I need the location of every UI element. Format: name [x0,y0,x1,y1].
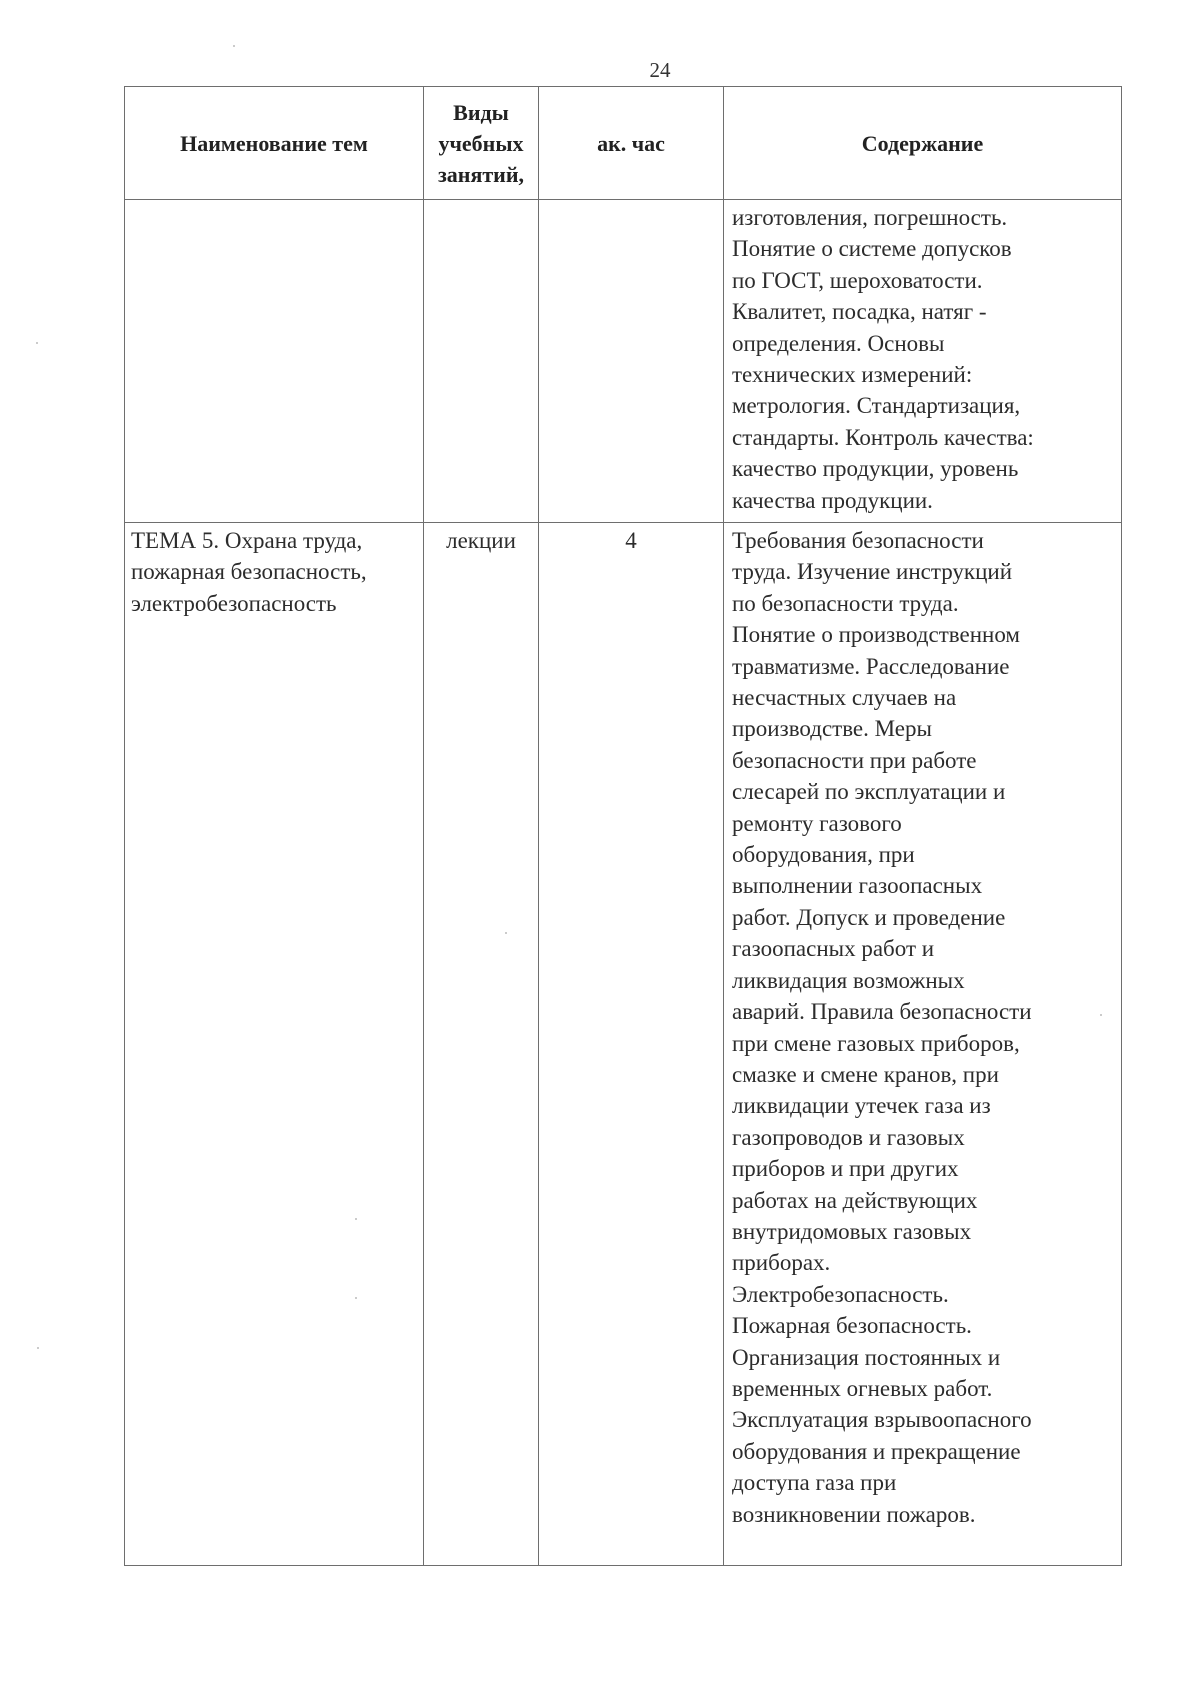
text-line: Электробезопасность. [732,1279,1117,1310]
text-line: газоопасных работ и [732,933,1117,964]
text-line: травматизме. Расследование [732,651,1117,682]
topic-text: ТЕМА 5. Охрана труда,пожарная безопаснос… [125,523,423,619]
scan-speck [36,342,38,344]
text-line: Квалитет, посадка, натяг - [732,296,1117,327]
scan-speck [355,1297,357,1299]
scan-speck [355,1218,357,1220]
text-line: выполнении газоопасных [732,870,1117,901]
header-word: занятий, [424,159,538,190]
text-line: при смене газовых приборов, [732,1028,1117,1059]
header-word: Виды [424,97,538,128]
text-line: приборах. [732,1247,1117,1278]
text-line: Организация постоянных и [732,1342,1117,1373]
text-line: Эксплуатация взрывоопасного [732,1404,1117,1435]
cell-content: изготовления, погрешность.Понятие о сист… [724,200,1122,523]
text-line: доступа газа при [732,1467,1117,1498]
lesson-kind-text: лекции [424,523,538,556]
content-text: изготовления, погрешность.Понятие о сист… [724,200,1121,516]
text-line: смазке и смене кранов, при [732,1059,1117,1090]
text-line: возникновении пожаров. [732,1499,1117,1530]
text-line: Пожарная безопасность. [732,1310,1117,1341]
text-line: электробезопасность [131,588,417,619]
text-line: газопроводов и газовых [732,1122,1117,1153]
header-lesson-kind-text: Видыучебныхзанятий, [424,97,538,190]
scan-speck [1100,1014,1102,1016]
text-line: определения. Основы [732,328,1117,359]
text-line: метрология. Стандартизация, [732,390,1117,421]
cell-content: Требования безопасноститруда. Изучение и… [724,523,1122,1566]
header-content: Содержание [724,87,1122,200]
table-row: изготовления, погрешность.Понятие о сист… [125,200,1122,523]
text-line: ликвидация возможных [732,965,1117,996]
text-line: ТЕМА 5. Охрана труда, [131,525,417,556]
text-line: приборов и при других [732,1153,1117,1184]
text-line: по безопасности труда. [732,588,1117,619]
text-line: труда. Изучение инструкций [732,556,1117,587]
table-row: ТЕМА 5. Охрана труда,пожарная безопаснос… [125,523,1122,1566]
scan-speck [233,45,235,47]
scan-speck [505,932,507,934]
text-line: работах на действующих [732,1185,1117,1216]
table-header-row: Наименование тем Видыучебныхзанятий, ак.… [125,87,1122,200]
header-hours: ак. час [539,87,724,200]
text-line: качества продукции. [732,485,1117,516]
hours-text: 4 [539,523,723,556]
text-line: ремонту газового [732,808,1117,839]
cell-hours: 4 [539,523,724,1566]
text-line: слесарей по эксплуатации и [732,776,1117,807]
cell-topic [125,200,424,523]
text-line: несчастных случаев на [732,682,1117,713]
cell-lesson-kind [424,200,539,523]
text-line: производстве. Меры [732,713,1117,744]
cell-hours [539,200,724,523]
text-line: качество продукции, уровень [732,453,1117,484]
text-line: безопасности при работе [732,745,1117,776]
text-line: пожарная безопасность, [131,556,417,587]
lesson-kind-text [424,200,538,202]
text-line: стандарты. Контроль качества: [732,422,1117,453]
topic-text [125,200,423,202]
text-line: технических измерений: [732,359,1117,390]
text-line: ликвидации утечек газа из [732,1090,1117,1121]
hours-text [539,200,723,202]
text-line: изготовления, погрешность. [732,202,1117,233]
text-line: аварий. Правила безопасности [732,996,1117,1027]
text-line: работ. Допуск и проведение [732,902,1117,933]
curriculum-table: Наименование тем Видыучебныхзанятий, ак.… [124,86,1122,1566]
cell-topic: ТЕМА 5. Охрана труда,пожарная безопаснос… [125,523,424,1566]
header-lesson-kind: Видыучебныхзанятий, [424,87,539,200]
text-line: Понятие о системе допусков [732,233,1117,264]
text-line: по ГОСТ, шероховатости. [732,265,1117,296]
text-line: внутридомовых газовых [732,1216,1117,1247]
header-word: учебных [424,128,538,159]
text-line: временных огневых работ. [732,1373,1117,1404]
cell-lesson-kind: лекции [424,523,539,1566]
text-line: Требования безопасности [732,525,1117,556]
text-line: Понятие о производственном [732,619,1117,650]
header-topic-name: Наименование тем [125,87,424,200]
content-text: Требования безопасноститруда. Изучение и… [724,523,1121,1530]
text-line: оборудования, при [732,839,1117,870]
scan-speck [37,1347,39,1349]
text-line: оборудования и прекращение [732,1436,1117,1467]
page-number: 24 [0,58,1200,83]
